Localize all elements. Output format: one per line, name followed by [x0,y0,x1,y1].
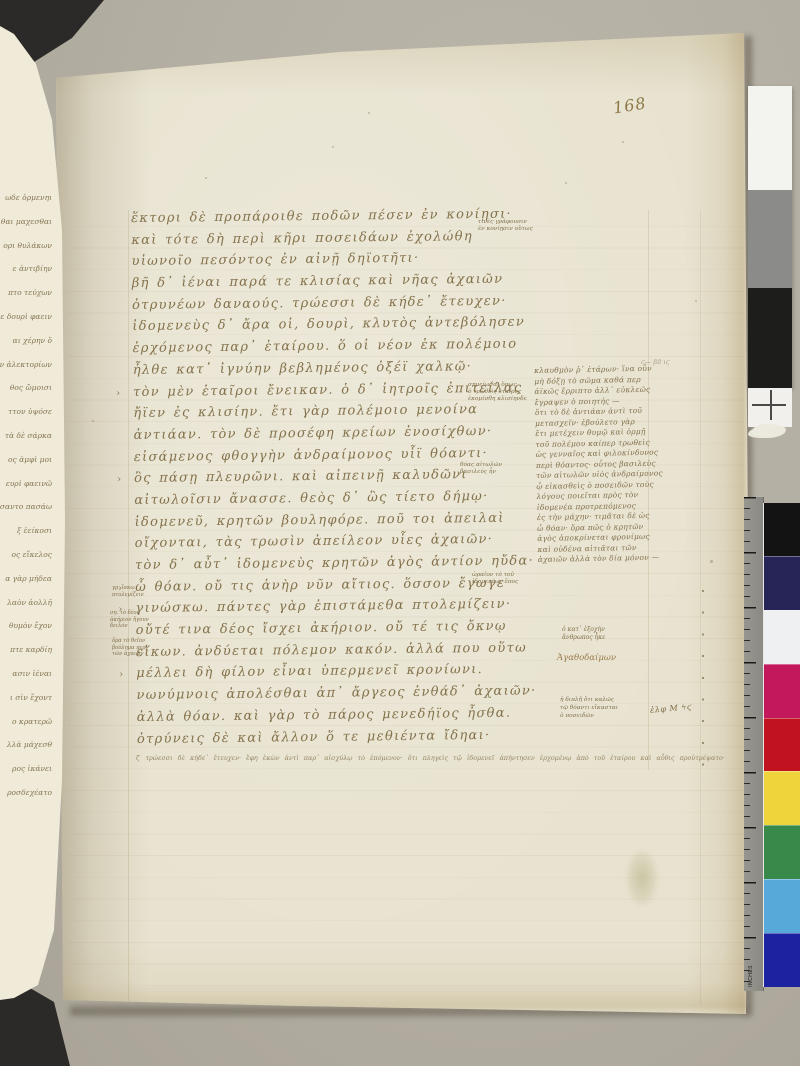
pricking-holes [702,590,704,770]
verse-text: γινώσκω. πάντες γὰρ ἐπιστάμεθα πτολεμίζε… [135,597,511,616]
verse-text: ὀτρύνεις δὲ καὶ ἄλλον ὅ τε μεθιέντα ἴδηα… [137,727,491,746]
grayscale-calibration-bar [748,86,792,388]
parchment-stain [626,850,658,906]
scholion-siglum: ζ [136,754,139,762]
color-patch [764,556,800,610]
facing-page-line: ος εἴκελος [0,543,52,567]
folio-number: 168 [612,93,648,117]
marginal-note-verse: ὡραῖον τὸ τοῦ ἰδομενέως ἔπος [472,572,518,586]
facing-page-line: ττον ὑψόσε [0,400,52,424]
color-patch [764,771,800,825]
foxing-speck [368,112,370,114]
color-patch [764,933,800,987]
foxing-speck [92,420,94,422]
foxing-speck [205,177,207,179]
verse-text: υἱωνοῖο πεσόντος ἐν αἰνῇ δηϊοτῆτι· [131,251,419,269]
left-margin-note-3: ὅρα τὸ θεῖον βούλημα περὶ τῶν ἀχαιῶν [112,638,147,658]
facing-page-line: ι σὶν ἔχοντ [0,686,52,710]
bottom-scholion-line: ζτρώεσσι δὲ κήδε᾽ ἔτευχεν· ἔφη ἑκὼν ἀντὶ… [136,754,652,762]
grayscale-patch [748,288,792,388]
verse-text: μέλλει δὴ φίλον εἶναι ὑπερμενεῖ κρονίωνι… [136,662,483,681]
verse-text: τὸν μὲν ἑταῖροι ἔνεικαν. ὁ δ᾽ ἰητροῖς ἐπ… [133,380,523,399]
facing-page-line: λλὰ μάχεσθ [0,733,52,757]
facing-page-line: λαὸν ἀολλῆ [0,591,52,615]
diple-mark: › [117,474,122,485]
verse-text: ἰδομενεὺς δ᾽ ἄρα οἱ, δουρὶ, κλυτὸς ἀντεβ… [132,315,525,334]
color-patch [764,825,800,879]
facing-page-line-endings: ωδε ὀρμενηιι θαι μαχεσθαιορι θυλάκωνε ἀν… [0,186,52,805]
color-patch [764,610,800,664]
color-patch [764,879,800,933]
verse-text: οἴχονται, τὰς τρωσὶν ἀπείλεον υἷες ἀχαιῶ… [135,532,493,551]
verse-text: ἐρχόμενος παρ᾽ ἑταίρου. ὅ οἱ νέον ἐκ πολ… [132,337,517,356]
registration-cross-tab [748,388,792,427]
verse-text: ἕκτορι δὲ προπάροιθε ποδῶν πέσεν ἐν κονί… [131,207,512,226]
verse-text: τὸν δ᾽ αὖτ᾽ ἰδομενεὺς κρητῶν ἀγὸς ἀντίον… [135,553,534,573]
manuscript-page: 168 ἕκτορι δὲ προπάροιθε ποδῶν πέσεν ἐν … [0,0,800,1066]
grayscale-patch [748,86,792,190]
verse-text: οὔτέ τινα δέος ἴσχει ἀκήριον. οὔ τέ τις … [136,619,507,638]
verse-text: αἰτωλοῖσιν ἄνασσε. θεὸς δ᾽ ὣς τίετο δήμῳ… [134,489,488,508]
facing-page-line: ε ἀντιβίην [0,257,52,281]
manuscript-photograph: 168 ἕκτορι δὲ προπάροιθε ποδῶν πέσεν ἐν … [0,0,800,1066]
facing-page-line: ξ ἐείκοσι [0,519,52,543]
color-patch [764,718,800,772]
foxing-speck [695,300,697,302]
facing-page-line: ωδε ὀρμενηι [0,186,52,210]
marginal-note-idomeneus: σημείωσαι ὅπως ὁ τρωθεὶς ἑταῖρος ἐκομίσθ… [468,382,527,403]
facing-page-line: ε δουρὶ φαειν [0,305,52,329]
ruler: INCHES [744,497,764,991]
marginal-note-anthropos: ὁ κατ᾽ ἐξοχὴν ἄνθρωπος ἧκε [562,626,605,641]
vertical-ruling-left [128,210,129,1005]
ruler-major-ticks [744,497,756,991]
verse-text: ὀτρυνέων δαναούς. τρώεσσι δὲ κήδε᾽ ἔτευχ… [132,293,507,312]
left-margin-note-2: ση. τὸ δέος ἀκήριον ἤγουν δειλόν [110,610,149,630]
scholia-column: κλαυθμὸν ῥ᾽ ἑτάρων· ἵνα οὖνμὴ δόξῃ τὸ σῶ… [534,363,698,566]
marginal-note-thoas: θόας αἰτωλῶν βασιλεὺς ἦν [460,462,502,476]
foxing-speck [565,182,567,184]
marginal-note-top: τινὲς γράφουσιν ἐν κονίῃσιν οὕτως [478,219,533,233]
color-patch [764,503,800,556]
color-patch [764,664,800,718]
facing-page-line: ος ἀμφὶ μοι [0,448,52,472]
verse-text: εἴκων. ἀνδύεται πόλεμον κακόν. ἀλλά που … [136,640,527,659]
faded-ink-mark: ϛ— βπ̄ ιϛ [641,358,670,366]
foxing-speck [710,560,713,563]
facing-page-line: ι θαι μαχεσθαι [0,210,52,234]
facing-page-line: ορι θυλάκων [0,234,52,258]
verse-text: καὶ τότε δὴ περὶ κῆρι ποσειδάων ἐχολώθη [131,229,473,248]
scholion-text: τρώεσσι δὲ κήδε᾽ ἔτευχεν· ἔφη ἑκὼν ἀντὶ … [145,754,724,762]
verse-text: ὦ θόαν. οὔ τις ἀνὴρ νῦν αἴτιος. ὅσσον ἔγ… [135,575,505,594]
facing-page-line: ο κρατερῶ [0,710,52,734]
ruler-label: INCHES [748,965,754,987]
verse-text: βῆ δ᾽ ἰέναι παρά τε κλισίας καὶ νῆας ἀχα… [132,272,504,291]
left-margin-note-1: γρ. ἴσκω πτολεμίζειν [112,585,144,598]
verse-text: ἀντιάαν. τὸν δὲ προσέφη κρείων ἐνοσίχθων… [133,424,492,443]
verse-text: εἰσάμενος φθογγὴν ἀνδραίμονος υἷϊ θόαντι… [134,446,488,465]
verse-text: νωνύμνοις ἀπολέσθαι ἀπ᾽ ἄργεος ἐνθάδ᾽ ἀχ… [136,684,536,704]
verse-text: ἤϊεν ἐς κλισίην. ἔτι γὰρ πολέμοιο μενοίν… [133,402,478,421]
diple-mark: › [116,388,121,399]
facing-page-line: ευρὶ φαεινῶ [0,472,52,496]
facing-page-line: ν ἀλεκτορίων [0,353,52,377]
facing-page-line: ρος ἱκάνει [0,757,52,781]
facing-page-line: ασιν ἱέναι [0,662,52,686]
cross-vertical [770,390,772,420]
facing-page-line: αι χέρην ὅ [0,329,52,353]
grayscale-patch [748,190,792,288]
facing-page-line: θυμὸν ἔχον [0,614,52,638]
facing-page-line: πτο τεύχων [0,281,52,305]
facing-page-line: τὰ δὲ σάρκα [0,424,52,448]
facing-page-line: πτε καρδίη [0,638,52,662]
vertical-ruling-outer [700,210,701,1005]
facing-page-line: σαντο πασάω [0,495,52,519]
color-calibration-bar [763,503,800,987]
marginal-note-diple: ἡ διπλῆ ὅτι καλῶς τῷ θόαντι εἴκασται ὁ π… [560,696,618,720]
facing-page-line: θος ὤμοισι [0,376,52,400]
verse-text: ἰδομενεῦ, κρητῶν βουληφόρε. ποῦ τοι ἀπει… [134,510,504,529]
facing-page-line: ροσδεχέατο [0,781,52,805]
verse-text: ἀλλὰ θόαν. καὶ γὰρ τὸ πάρος μενεδήϊος ἦσ… [137,706,512,725]
verse-text: ὃς πάσῃ πλευρῶνι. καὶ αἰπεινῇ καλυδῶνι [134,467,468,486]
verse-text: ἦλθε κατ᾽ ἰγνύην βεβλημένος ὀξέϊ χαλκῷ· [133,359,472,378]
diple-mark: › [119,670,124,681]
foxing-speck [332,146,334,148]
facing-page-line: α γὰρ μήδεα [0,567,52,591]
foxing-speck [622,141,624,143]
cross-horizontal [752,404,786,406]
marginal-note-agatho: Ἀγαθοδαίμων [557,653,616,663]
